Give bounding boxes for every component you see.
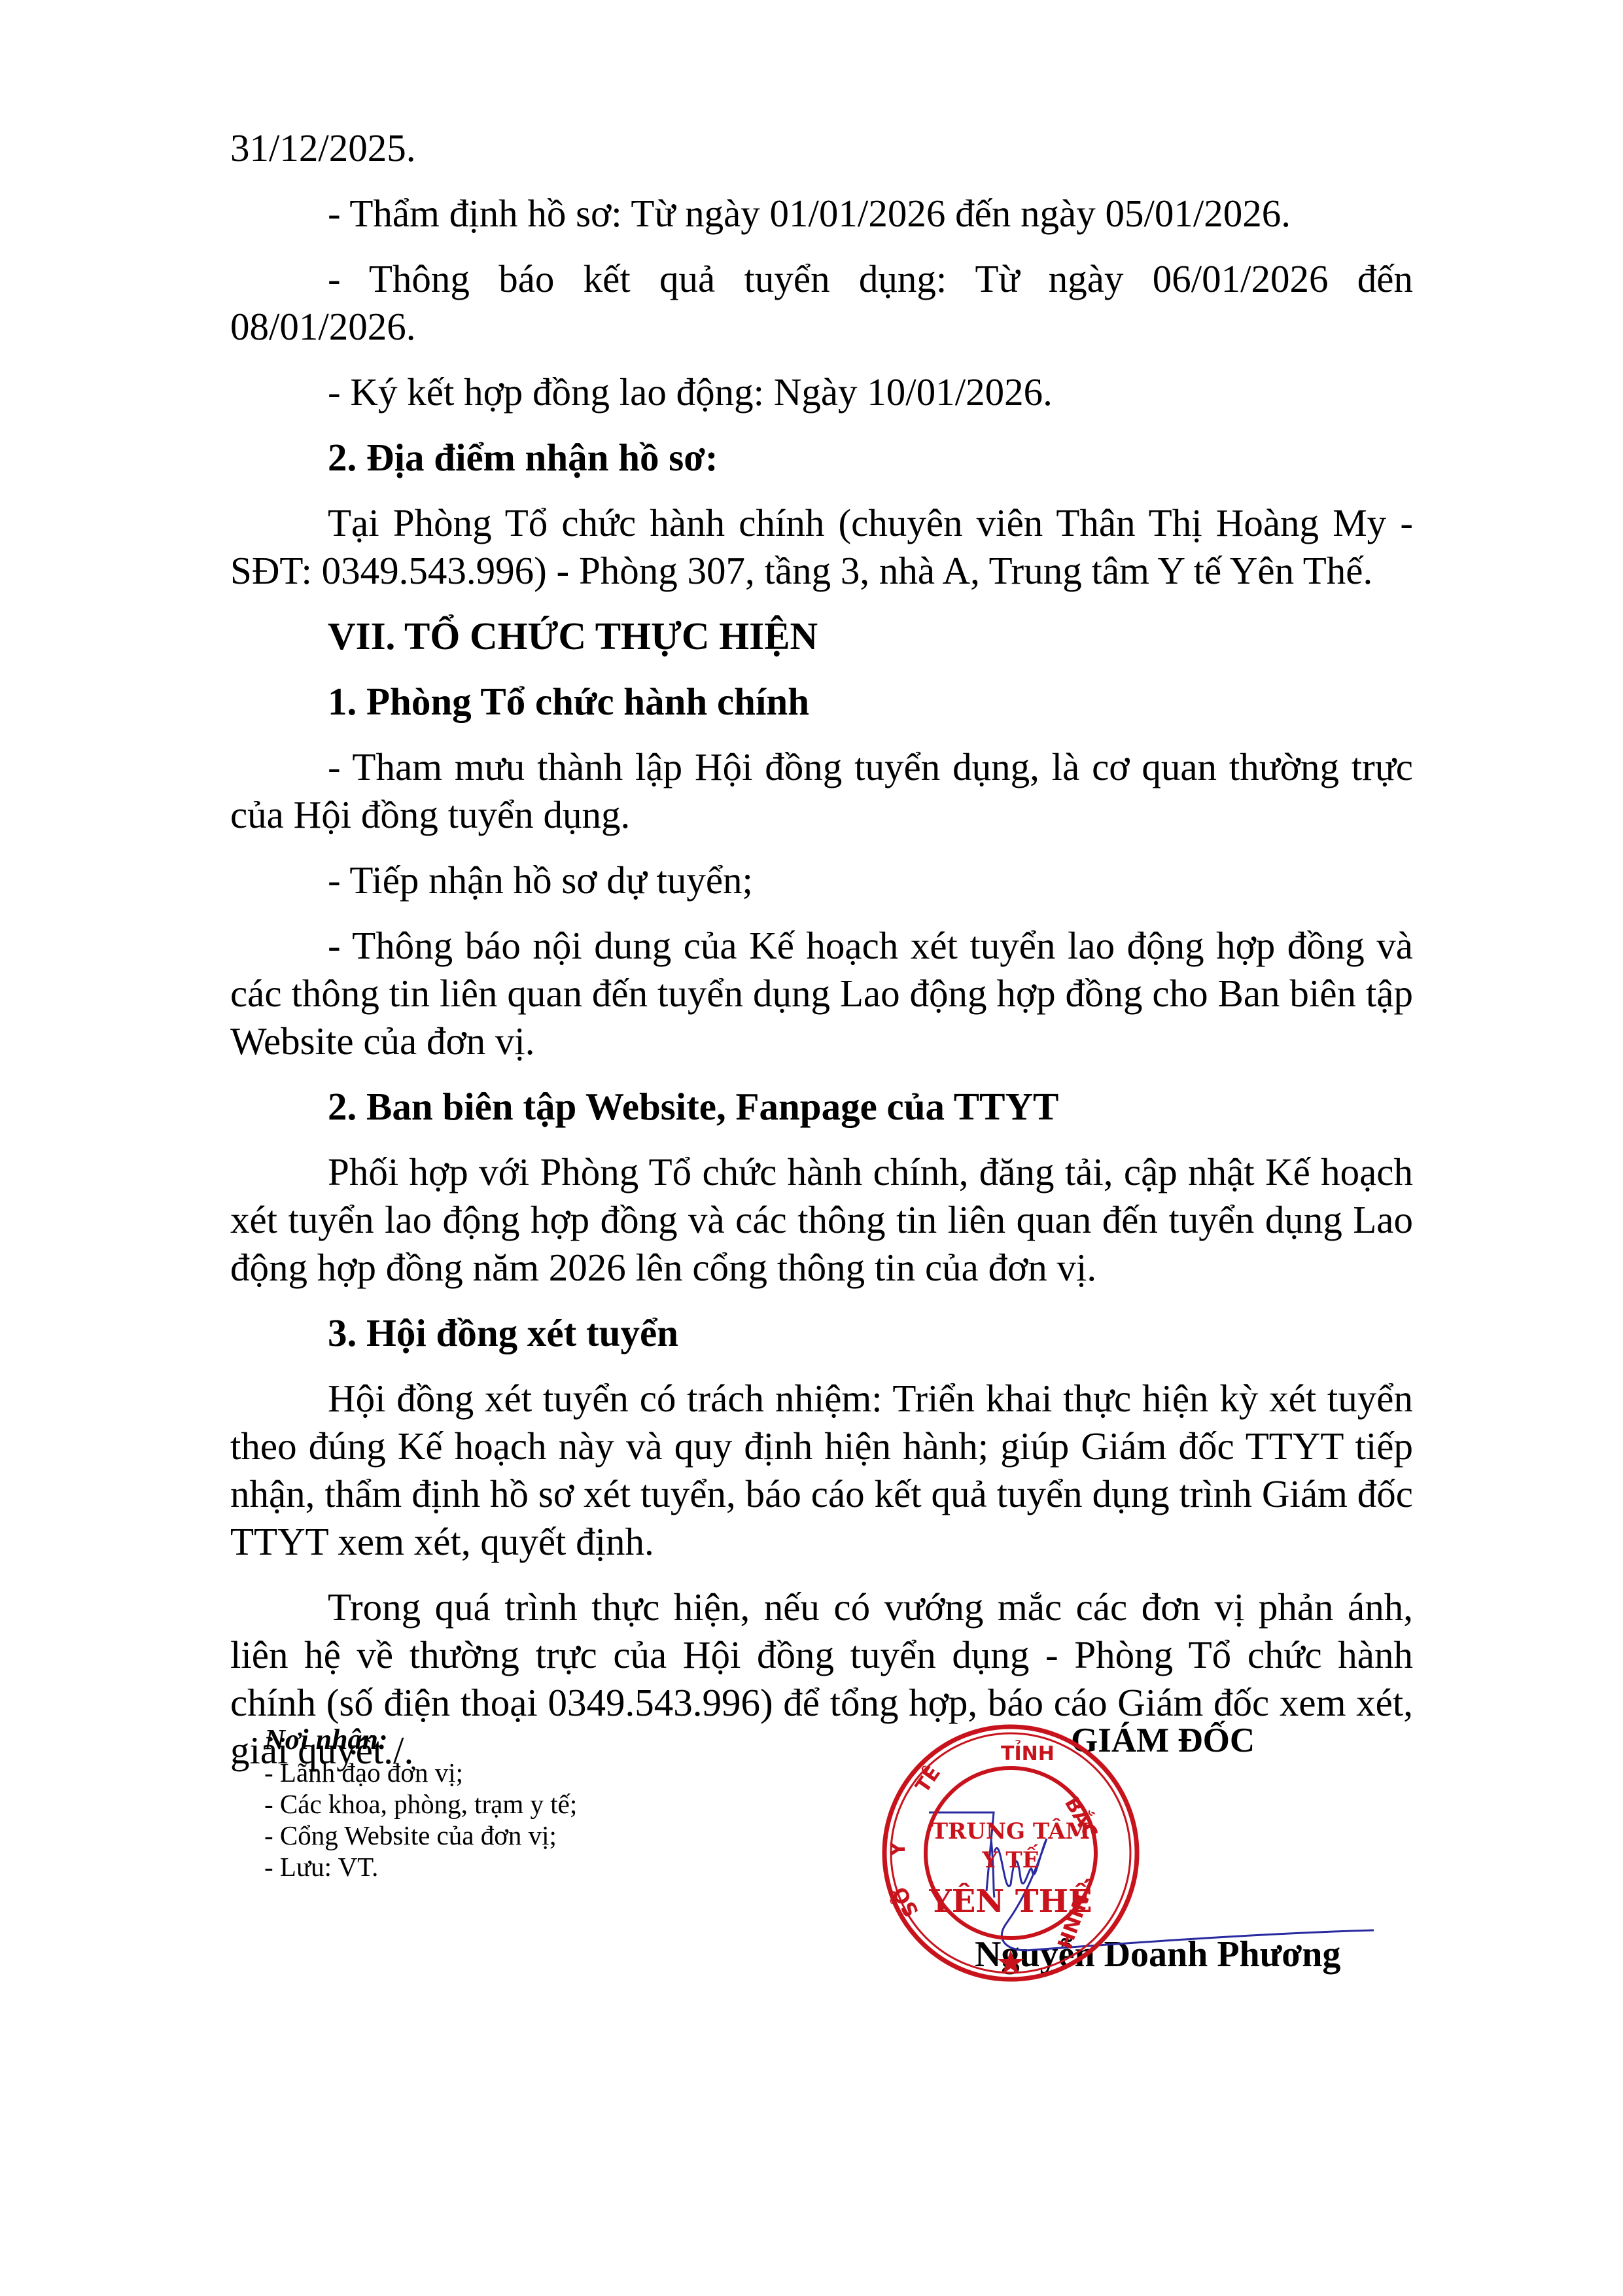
sub2-heading: 2. Ban biên tập Website, Fanpage của TTY…	[230, 1083, 1413, 1131]
sub1-item: - Tham mưu thành lập Hội đồng tuyển dụng…	[230, 743, 1413, 839]
recipients-block: Nơi nhận: - Lãnh đạo đơn vị; - Các khoa,…	[264, 1724, 577, 1882]
continuation-line: 31/12/2025.	[230, 124, 1413, 172]
sub3-text: Hội đồng xét tuyển có trách nhiệm: Triển…	[230, 1375, 1413, 1566]
recipient-item: - Lưu: VT.	[264, 1851, 577, 1882]
sub2-text: Phối hợp với Phòng Tổ chức hành chính, đ…	[230, 1148, 1413, 1292]
recipient-item: - Các khoa, phòng, trạm y tế;	[264, 1788, 577, 1820]
body-text: 31/12/2025. - Thẩm định hồ sơ: Từ ngày 0…	[230, 124, 1413, 1775]
stamp-center-line3: YÊN THẾ	[928, 1878, 1092, 1920]
recipients-title: Nơi nhận:	[264, 1724, 577, 1756]
stamp-center-line1: TRUNG TÂM	[932, 1818, 1091, 1845]
stamp-outer-left-top: TẾ	[909, 1760, 946, 1797]
stamp-center-line2: Y TẾ	[981, 1844, 1039, 1873]
stamp-star-icon	[998, 1950, 1024, 1974]
recipient-item: - Lãnh đạo đơn vị;	[264, 1757, 577, 1788]
section-vii-heading: VII. TỔ CHỨC THỰC HIỆN	[230, 612, 1413, 660]
sub1-heading: 1. Phòng Tổ chức hành chính	[230, 678, 1413, 726]
recipient-item: - Cổng Website của đơn vị;	[264, 1820, 577, 1851]
official-stamp-icon: TỈNH BẮC NINH SỞ Y TẾ TRUNG TÂM Y TẾ YÊN…	[880, 1722, 1142, 1984]
sub1-item: - Tiếp nhận hồ sơ dự tuyển;	[230, 857, 1413, 904]
schedule-item: - Thẩm định hồ sơ: Từ ngày 01/01/2026 đế…	[230, 190, 1413, 238]
location-heading: 2. Địa điểm nhận hồ sơ:	[230, 434, 1413, 482]
sub1-item: - Thông báo nội dung của Kế hoạch xét tu…	[230, 922, 1413, 1065]
schedule-item: - Ký kết hợp đồng lao động: Ngày 10/01/2…	[230, 368, 1413, 416]
sub3-heading: 3. Hội đồng xét tuyển	[230, 1309, 1413, 1357]
schedule-item: - Thông báo kết quả tuyển dụng: Từ ngày …	[230, 255, 1413, 351]
document-page: 31/12/2025. - Thẩm định hồ sơ: Từ ngày 0…	[0, 0, 1623, 2296]
location-text: Tại Phòng Tổ chức hành chính (chuyên viê…	[230, 499, 1413, 595]
stamp-outer-left: Y	[887, 1841, 910, 1857]
stamp-outer-top: TỈNH	[1001, 1740, 1055, 1765]
